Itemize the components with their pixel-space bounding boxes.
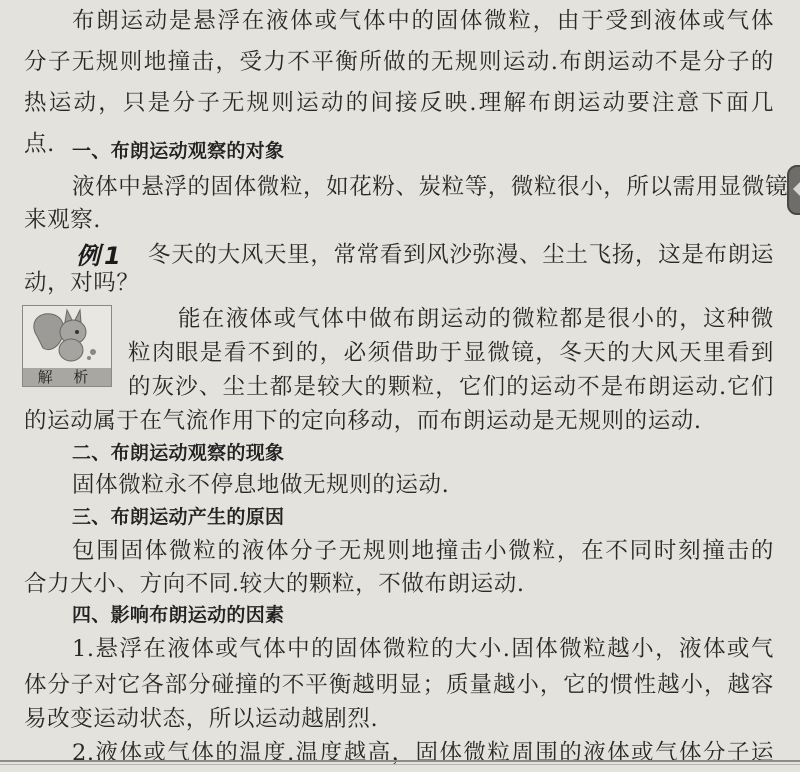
analysis-line-3: 的灰沙、尘土都是较大的颗粒，它们的运动不是布朗运动.它们 <box>128 372 774 402</box>
document-page: 布朗运动是悬浮在液体或气体中的固体微粒，由于受到液体或气体 分子无规则地撞击，受… <box>0 0 800 772</box>
squirrel-icon <box>23 306 111 368</box>
section4-line-1: 1.悬浮在液体或气体中的固体微粒的大小.固体微粒越小，液体或气 <box>72 634 774 664</box>
section1-heading: 一、布朗运动观察的对象 <box>72 136 800 166</box>
section4-heading: 四、影响布朗运动的因素 <box>72 600 800 630</box>
analysis-line-4: 的运动属于在气流作用下的定向移动，而布朗运动是无规则的运动. <box>24 406 774 436</box>
example-question-line-2: 动，对吗？ <box>24 268 774 298</box>
intro-line-2: 分子无规则地撞击，受力不平衡所做的无规则运动.布朗运动不是分子的 <box>24 47 774 77</box>
section4-line-3: 易改变运动状态，所以运动越剧烈. <box>24 704 774 734</box>
section1-line-2: 来观察. <box>24 205 774 235</box>
page-bottom-rule <box>0 760 800 762</box>
left-arrow-tab-icon[interactable] <box>787 165 800 215</box>
example-label: 例1 <box>76 236 125 271</box>
section3-line-1: 包围固体微粒的液体分子无规则地撞击小微粒，在不同时刻撞击的 <box>72 536 774 566</box>
section2-line-1: 固体微粒永不停息地做无规则的运动. <box>72 470 800 500</box>
analysis-line-2: 粒肉眼是看不到的，必须借助于显微镜，冬天的大风天里看到 <box>128 338 774 368</box>
section1-line-1: 液体中悬浮的固体微粒，如花粉、炭粒等，微粒很小，所以需用显微镜 <box>72 172 774 202</box>
arrow-icon <box>793 181 800 197</box>
analysis-icon-box: 解 析 <box>22 305 112 387</box>
page-bottom-rule-2 <box>0 764 800 765</box>
intro-line-3: 热运动，只是分子无规则运动的间接反映.理解布朗运动要注意下面几 <box>24 88 774 118</box>
section2-heading: 二、布朗运动观察的现象 <box>72 438 800 468</box>
section3-heading: 三、布朗运动产生的原因 <box>72 502 800 532</box>
analysis-tag: 解 析 <box>23 368 111 386</box>
section3-line-2: 合力大小、方向不同.较大的颗粒，不做布朗运动. <box>24 569 774 599</box>
section4-line-2: 体分子对它各部分碰撞的不平衡越明显；质量越小，它的惯性越小，越容 <box>24 670 774 700</box>
example-question-line-1: 冬天的大风天里，常常看到风沙弥漫、尘土飞扬，这是布朗运 <box>148 240 774 270</box>
analysis-line-1: 能在液体或气体中做布朗运动的微粒都是很小的，这种微 <box>178 304 774 334</box>
intro-line-1: 布朗运动是悬浮在液体或气体中的固体微粒，由于受到液体或气体 <box>72 6 774 36</box>
